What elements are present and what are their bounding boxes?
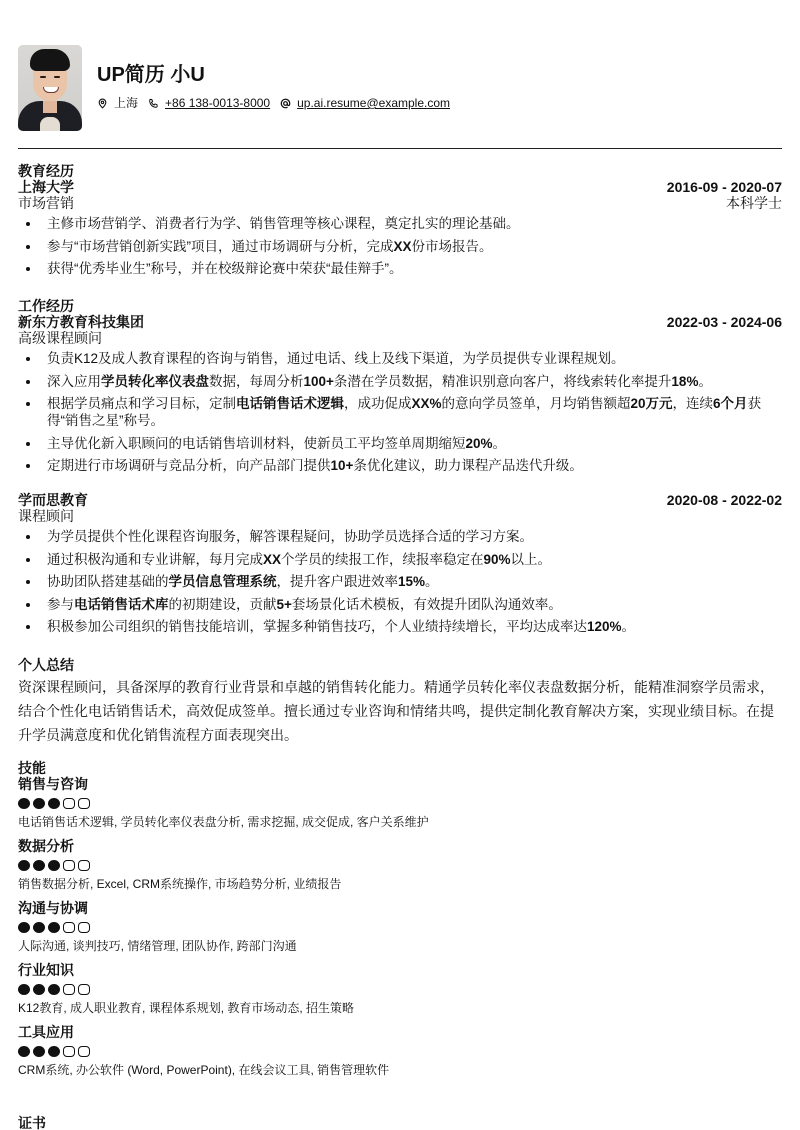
candidate-name: UP简历 小U xyxy=(97,63,460,87)
skill-name: 沟通与协调 xyxy=(18,900,782,916)
contact-line: 上海 +86 138-0013-8000 up.ai.resume@exampl… xyxy=(97,96,460,110)
rating-dot-filled-icon xyxy=(18,1046,30,1057)
skill-rating xyxy=(18,1046,782,1057)
education-title: 教育经历 xyxy=(18,163,782,179)
rating-dot-filled-icon xyxy=(33,984,45,995)
rating-dot-filled-icon xyxy=(18,798,30,809)
education-bullets: 主修市场营销学、消费者行为学、销售管理等核心课程，奠定扎实的理论基础。参与“市场… xyxy=(18,215,782,277)
skill-name: 行业知识 xyxy=(18,962,782,978)
profile-photo xyxy=(18,45,82,131)
bullet-item: 积极参加公司组织的销售技能培训，掌握多种销售技巧，个人业绩持续增长，平均达成率达… xyxy=(18,618,782,635)
location-pin-icon xyxy=(97,98,108,109)
skills-list: 销售与咨询电话销售话术逻辑, 学员转化率仪表盘分析, 需求挖掘, 成交促成, 客… xyxy=(18,776,782,1077)
work-bullets: 负责K12及成人教育课程的咨询与销售，通过电话、线上及线下渠道，为学员提供专业课… xyxy=(18,350,782,474)
bullet-item: 参与电话销售话术库的初期建设，贡献5+套场景化话术模板，有效提升团队沟通效率。 xyxy=(18,596,782,613)
certificates-title: 证书 xyxy=(18,1115,782,1130)
skill-name: 数据分析 xyxy=(18,838,782,854)
bullet-item: 根据学员痛点和学习目标，定制电话销售话术逻辑，成功促成XX%的意向学员签单，月均… xyxy=(18,395,782,429)
header-info: UP简历 小U 上海 +86 138-0013-8000 up.ai.resum… xyxy=(97,45,460,110)
rating-dot-empty-icon xyxy=(78,860,90,871)
rating-dot-empty-icon xyxy=(78,922,90,933)
summary-section: 个人总结 资深课程顾问，具备深厚的教育行业背景和卓越的销售转化能力。精通学员转化… xyxy=(18,657,782,747)
rating-dot-filled-icon xyxy=(33,860,45,871)
skills-title: 技能 xyxy=(18,760,782,776)
job-role: 课程顾问 xyxy=(18,508,74,524)
work-bullets: 为学员提供个性化课程咨询服务，解答课程疑问，协助学员选择合适的学习方案。通过积极… xyxy=(18,528,782,635)
skill-name: 工具应用 xyxy=(18,1024,782,1040)
rating-dot-filled-icon xyxy=(33,1046,45,1057)
education-dates: 2016-09 - 2020-07 xyxy=(667,179,782,195)
skill-item: 行业知识K12教育, 成人职业教育, 课程体系规划, 教育市场动态, 招生策略 xyxy=(18,962,782,1015)
summary-title: 个人总结 xyxy=(18,657,782,673)
rating-dot-empty-icon xyxy=(63,984,75,995)
contact-email[interactable]: up.ai.resume@example.com xyxy=(280,96,450,110)
skill-keywords: K12教育, 成人职业教育, 课程体系规划, 教育市场动态, 招生策略 xyxy=(18,1001,782,1015)
summary-text: 资深课程顾问，具备深厚的教育行业背景和卓越的销售转化能力。精通学员转化率仪表盘数… xyxy=(18,675,782,747)
phone-icon xyxy=(148,98,159,109)
skill-rating xyxy=(18,922,782,933)
skills-section: 技能 销售与咨询电话销售话术逻辑, 学员转化率仪表盘分析, 需求挖掘, 成交促成… xyxy=(18,760,782,1077)
rating-dot-filled-icon xyxy=(18,860,30,871)
job-role: 高级课程顾问 xyxy=(18,330,102,346)
bullet-item: 通过积极沟通和专业讲解，每月完成XX个学员的续报工作，续报率稳定在90%以上。 xyxy=(18,551,782,568)
rating-dot-filled-icon xyxy=(48,798,60,809)
skill-keywords: 销售数据分析, Excel, CRM系统操作, 市场趋势分析, 业绩报告 xyxy=(18,877,782,891)
work-dates: 2022-03 - 2024-06 xyxy=(667,314,782,330)
bullet-item: 负责K12及成人教育课程的咨询与销售，通过电话、线上及线下渠道，为学员提供专业课… xyxy=(18,350,782,367)
rating-dot-empty-icon xyxy=(63,798,75,809)
rating-dot-empty-icon xyxy=(78,798,90,809)
work-title: 工作经历 xyxy=(18,298,782,314)
company-name: 学而思教育 xyxy=(18,492,88,508)
skill-keywords: 人际沟通, 谈判技巧, 情绪管理, 团队协作, 跨部门沟通 xyxy=(18,939,782,953)
rating-dot-empty-icon xyxy=(63,922,75,933)
work-entry-2: 学而思教育 2020-08 - 2022-02 课程顾问 为学员提供个性化课程咨… xyxy=(18,492,782,641)
rating-dot-filled-icon xyxy=(33,798,45,809)
bullet-item: 参与“市场营销创新实践”项目，通过市场调研与分析，完成XX份市场报告。 xyxy=(18,238,782,255)
resume-page: UP简历 小U 上海 +86 138-0013-8000 up.ai.resum… xyxy=(18,45,782,132)
degree: 本科学士 xyxy=(726,195,782,211)
skill-name: 销售与咨询 xyxy=(18,776,782,792)
rating-dot-filled-icon xyxy=(18,922,30,933)
skill-item: 数据分析销售数据分析, Excel, CRM系统操作, 市场趋势分析, 业绩报告 xyxy=(18,838,782,891)
resume-header: UP简历 小U 上海 +86 138-0013-8000 up.ai.resum… xyxy=(18,45,782,132)
school-name: 上海大学 xyxy=(18,179,74,195)
rating-dot-empty-icon xyxy=(78,984,90,995)
work-section: 工作经历 新东方教育科技集团 2022-03 - 2024-06 高级课程顾问 … xyxy=(18,298,782,480)
rating-dot-filled-icon xyxy=(48,984,60,995)
bullet-item: 深入应用学员转化率仪表盘数据，每周分析100+条潜在学员数据，精准识别意向客户，… xyxy=(18,373,782,390)
phone-link[interactable]: +86 138-0013-8000 xyxy=(165,96,270,110)
company-name: 新东方教育科技集团 xyxy=(18,314,144,330)
education-entry: 上海大学 2016-09 - 2020-07 市场营销 本科学士 主修市场营销学… xyxy=(18,179,782,277)
rating-dot-filled-icon xyxy=(18,984,30,995)
at-sign-icon xyxy=(280,98,291,109)
skill-rating xyxy=(18,860,782,871)
location-text: 上海 xyxy=(114,96,138,110)
rating-dot-filled-icon xyxy=(48,860,60,871)
rating-dot-empty-icon xyxy=(63,1046,75,1057)
skill-item: 工具应用CRM系统, 办公软件 (Word, PowerPoint), 在线会议… xyxy=(18,1024,782,1077)
skill-rating xyxy=(18,798,782,809)
work-dates: 2020-08 - 2022-02 xyxy=(667,492,782,508)
skill-item: 沟通与协调人际沟通, 谈判技巧, 情绪管理, 团队协作, 跨部门沟通 xyxy=(18,900,782,953)
bullet-item: 主导优化新入职顾问的电话销售培训材料，使新员工平均签单周期缩短20%。 xyxy=(18,435,782,452)
bullet-item: 主修市场营销学、消费者行为学、销售管理等核心课程，奠定扎实的理论基础。 xyxy=(18,215,782,232)
contact-location: 上海 xyxy=(97,96,138,110)
skill-item: 销售与咨询电话销售话术逻辑, 学员转化率仪表盘分析, 需求挖掘, 成交促成, 客… xyxy=(18,776,782,829)
skill-keywords: 电话销售话术逻辑, 学员转化率仪表盘分析, 需求挖掘, 成交促成, 客户关系维护 xyxy=(18,815,782,829)
rating-dot-empty-icon xyxy=(63,860,75,871)
work-entry: 新东方教育科技集团 2022-03 - 2024-06 高级课程顾问 负责K12… xyxy=(18,314,782,474)
rating-dot-filled-icon xyxy=(33,922,45,933)
major: 市场营销 xyxy=(18,195,74,211)
skill-keywords: CRM系统, 办公软件 (Word, PowerPoint), 在线会议工具, … xyxy=(18,1063,782,1077)
rating-dot-filled-icon xyxy=(48,1046,60,1057)
email-link[interactable]: up.ai.resume@example.com xyxy=(297,96,450,110)
header-divider xyxy=(18,148,782,149)
bullet-item: 获得“优秀毕业生”称号，并在校级辩论赛中荣获“最佳辩手”。 xyxy=(18,260,782,277)
education-section: 教育经历 上海大学 2016-09 - 2020-07 市场营销 本科学士 主修… xyxy=(18,163,782,283)
bullet-item: 为学员提供个性化课程咨询服务，解答课程疑问，协助学员选择合适的学习方案。 xyxy=(18,528,782,545)
rating-dot-empty-icon xyxy=(78,1046,90,1057)
skill-rating xyxy=(18,984,782,995)
bullet-item: 协助团队搭建基础的学员信息管理系统，提升客户跟进效率15%。 xyxy=(18,573,782,590)
rating-dot-filled-icon xyxy=(48,922,60,933)
contact-phone[interactable]: +86 138-0013-8000 xyxy=(148,96,270,110)
certificates-section: 证书 xyxy=(18,1115,782,1130)
bullet-item: 定期进行市场调研与竞品分析，向产品部门提供10+条优化建议，助力课程产品迭代升级… xyxy=(18,457,782,474)
